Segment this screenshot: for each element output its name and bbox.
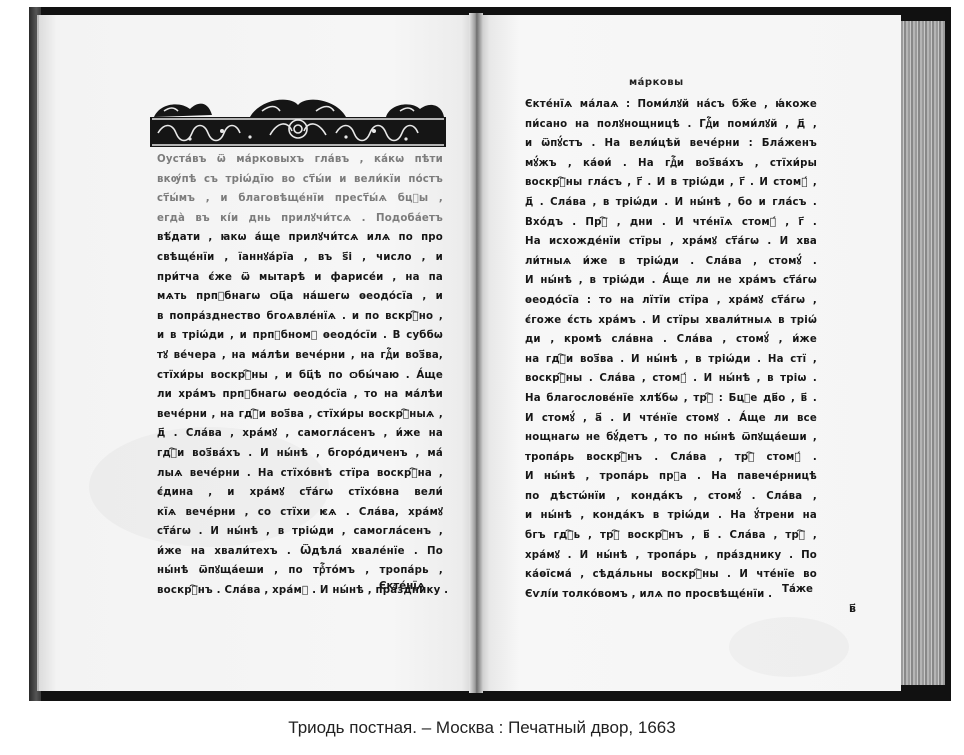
text-line: по дѣстѡ́нїи , конда́къ , стомꙋ́ . Сла́в… (525, 487, 817, 507)
text-line: и ѿпꙋ́стъ . На вели́цѣй вече́рни : Бла́ж… (525, 134, 817, 154)
text-line: Єѵлі́и толко́вомъ , илѧ по просвѣще́нїи … (525, 585, 817, 605)
book-photograph: Оуста́въ ѿ ма́рковыхъ гла́въ , ка́кѡ пѣт… (29, 7, 951, 701)
text-line: свѣще́нїи , їаннꙋа́рїа , въ ѕ҃і , число … (157, 248, 443, 268)
text-line-rubric: егда̀ въ кі́и днь прилꙋчи́тсѧ . Подоба́е… (157, 209, 443, 229)
text-line: ст҃а́гѡ . И ны́нѣ , в тріѡ́ди , самогла́… (157, 522, 443, 542)
text-line: И ны́нѣ , в тріѡ́ди . А́ще ли не хра́мъ … (525, 271, 817, 291)
book-gutter (469, 13, 483, 693)
text-line: хра́мꙋ . И ны́нѣ , тропа́рь , пра́зднику… (525, 546, 817, 566)
text-line: бгъ гдⷭ҇ь , трⷪ҇ воскрⷭ҇нъ , в҃ . Сла́ва… (525, 526, 817, 546)
text-line: в попра́зднество бгоѧвле́нїѧ . и по вскр… (157, 307, 443, 327)
text-line: воскрⷭ҇ны гла́съ , г҃ . И в тріѡ́ди , г҃… (525, 173, 817, 193)
text-line: стїхи́ры воскрⷭ҇ны , и бц҃ѣ по ѻбы́чаю .… (157, 366, 443, 386)
text-line: ны́нѣ ѿпꙋща́еши , по трⷭ҇то́мъ , тропа́р… (157, 561, 443, 581)
text-line: нощнагѡ не бꙋ́детъ , то по ны́нѣ ѿпꙋща́е… (525, 428, 817, 448)
left-page-text: Оуста́въ ѿ ма́рковыхъ гла́въ , ка́кѡ пѣт… (157, 150, 443, 601)
text-line: на гдⷭ҇и воз҃ва . И ны́нѣ , в тріѡ́ди . … (525, 350, 817, 370)
text-line: пи́сано на полꙋнощницѣ . Гдⷭ҇и поми́лꙋй … (525, 115, 817, 135)
text-line: Єкте́нїѧ ма́лаѧ : Поми́лꙋй на́съ бж҃е , … (525, 95, 817, 115)
text-line: є́дина , и хра́мꙋ ст҃а́гѡ стїхо́вна вели… (157, 483, 443, 503)
text-line: д҃ . Сла́ва , в тріѡ́ди . И ны́нѣ , бо и… (525, 193, 817, 213)
text-line-rubric: Оуста́въ ѿ ма́рковыхъ гла́въ , ка́кѡ пѣт… (157, 150, 443, 170)
text-line: мѧть прпⷣбнагѡ ѻц҃а на́шегѡ ѳеодо́сїа , … (157, 287, 443, 307)
text-line: є́гоже є́сть хра́мъ . И стїры хвали́тныѧ… (525, 311, 817, 331)
text-line: тропа́рь воскрⷭ҇нъ . Сла́ва , трⷪ҇ стомꙋ… (525, 448, 817, 468)
text-line: вече́рни , на гдⷭ҇и воз҃ва , стїхи́ры во… (157, 405, 443, 425)
catchword: Єкте́нїѧ (379, 581, 425, 592)
text-line: и ны́нѣ , конда́къ в тріѡ́ди . На ꙋ́трен… (525, 506, 817, 526)
text-line: ли́тныѧ и́же в тріѡ́ди . Сла́ва , стомꙋ́… (525, 252, 817, 272)
text-line: вѣ́дати , ꙗкѡ а́ще прилꙋчи́тсѧ илѧ по пр… (157, 228, 443, 248)
text-line: ѳеодо́сїа : то на лїтїи стїра , хра́мꙋ с… (525, 291, 817, 311)
text-line: при́тча є́же ѿ мытарѣ и фарисе́и , на па (157, 268, 443, 288)
page-block-edge (901, 21, 945, 685)
image-caption: Триодь постная. – Москва : Печатный двор… (0, 718, 964, 738)
text-line: лыѧ вече́рни . На стїхо́внѣ стїра воскрⷭ… (157, 464, 443, 484)
right-page-text: Єкте́нїѧ ма́лаѧ : Поми́лꙋй на́съ бж҃е , … (525, 95, 817, 604)
text-line-rubric: ст҃ы́мъ , и благовѣще́нїи прест҃ы́ѧ бцⷣы… (157, 189, 443, 209)
text-line-rubric: вкѹ́пѣ съ тріѡ́дїю во ст҃ы́и и вели́кїи … (157, 170, 443, 190)
signature-mark: в҃ (849, 602, 856, 615)
text-line: Вхо́дъ . Прⷪ҇ , дни . И чте́нїѧ стомꙋ́ ,… (525, 213, 817, 233)
text-line: д҃ . Сла́ва , хра́мꙋ , самогла́сенъ , и́… (157, 424, 443, 444)
text-line: И стомꙋ́ , а҃ . И чте́нїе стомꙋ . А́ще л… (525, 409, 817, 429)
text-line: ка́ѳїсма́ , сѣда́льны воскрⷭ҇ны . И чте́… (525, 565, 817, 585)
running-head: ма́рковы (629, 77, 684, 88)
text-line: мꙋ́жъ , ка́ѳи́ . На гдⷭ҇и воз҃ва́хъ , ст… (525, 154, 817, 174)
text-line: И ны́нѣ , тропа́рь прⷣа . На павече́рниц… (525, 467, 817, 487)
text-line: ди , кромѣ сла́вна . Сла́ва , стомꙋ́ , и… (525, 330, 817, 350)
text-line: гдⷭ҇и воз҃ва́хъ . И ны́нѣ , бгоро́диченъ… (157, 444, 443, 464)
text-line: и в тріѡ́ди , и прпⷣбномꙋ ѳеодо́сїи . В … (157, 326, 443, 346)
text-line: кїѧ вече́рни , со стїхи ѥѧ . Сла́ва, хра… (157, 503, 443, 523)
catchword: Та́же (782, 584, 813, 595)
ornamental-headpiece (150, 95, 446, 150)
paper-stain (729, 617, 849, 677)
text-line: тꙋ ве́чера , на ма́лѣи вече́рни , на гдⷭ… (157, 346, 443, 366)
text-line: На исхожде́нїи стїры , хра́мꙋ ст҃а́гѡ . … (525, 232, 817, 252)
text-line: и́же на хвали́техъ . Ѿдѣла́ хвале́нїе . … (157, 542, 443, 562)
text-line: воскрⷭ҇ны . Сла́ва , стомꙋ́ . И ны́нѣ , … (525, 369, 817, 389)
text-line: ли хра́мъ прпⷣбнагѡ ѳеодо́сїа , то на ма… (157, 385, 443, 405)
text-line: На благослове́нїе хлѣ́бѡ , трⷪ҇ : Бцⷣе д… (525, 389, 817, 409)
